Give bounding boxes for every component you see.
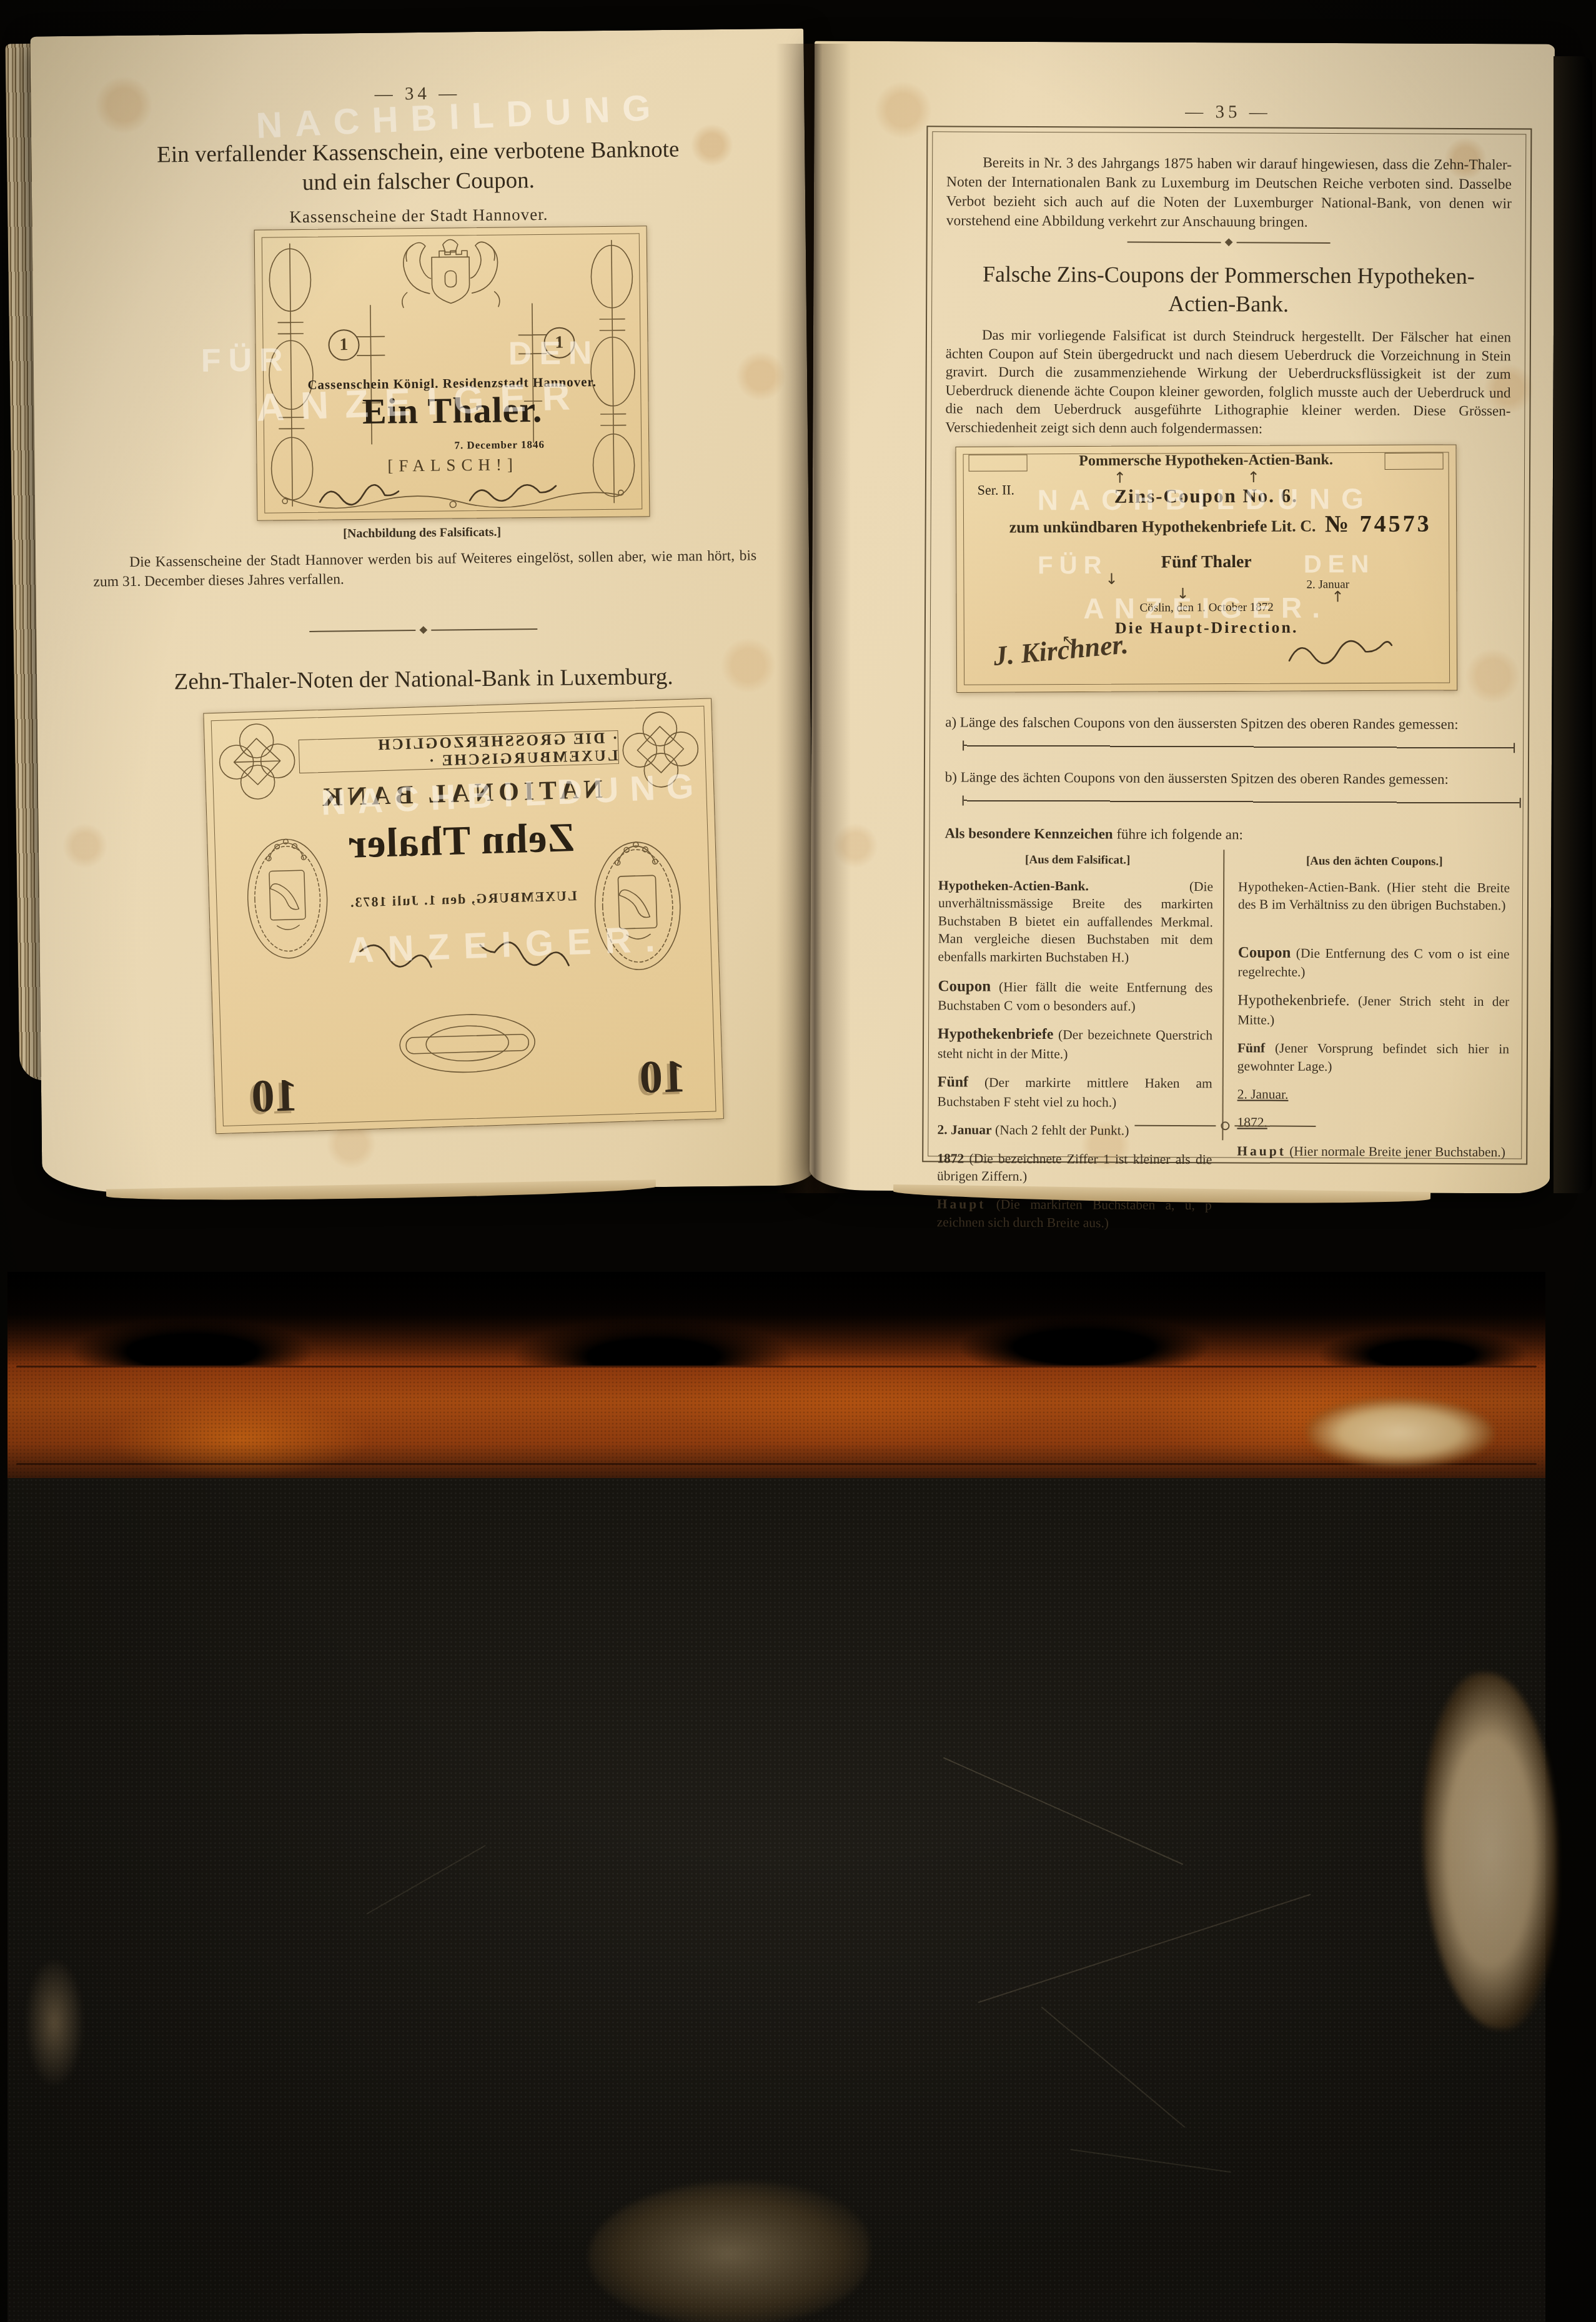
- worn-patch-top-right: [1307, 1398, 1494, 1467]
- list-item: Coupon (Hier fällt die weite Entfernung …: [938, 976, 1212, 1015]
- bank-title-band: · DIE GROSSHERZOGLICH LUXEMBURGISCHE ·: [299, 730, 619, 773]
- measurement-b-label: b) Länge des ächten Coupons von den äuss…: [945, 769, 1449, 788]
- item-term: Fünf: [938, 1074, 968, 1091]
- coupon-section-title-line1: Falsche Zins-Coupons der Pommerschen Hyp…: [927, 259, 1530, 290]
- crowned-arms-left: [579, 805, 695, 988]
- crowned-arms-right: [233, 803, 342, 975]
- divider-ring: [1221, 1121, 1229, 1130]
- left-page: — 34 — Ein verfallender Kassenschein, ei…: [30, 29, 815, 1194]
- page-number-35: — 35 —: [926, 101, 1529, 124]
- item-term: Fünf: [1237, 1041, 1265, 1056]
- divider-line: [309, 630, 415, 632]
- item-term: Coupon: [1238, 944, 1291, 961]
- item-term: Hypotheken-Actien-Bank.: [1238, 879, 1380, 895]
- note-denomination: Ein Thaler.: [256, 387, 648, 434]
- divider-line: [431, 628, 537, 631]
- list-item: Hypothekenbriefe. (Jener Strich steht in…: [1237, 991, 1509, 1030]
- left-page-paragraph: Die Kassenscheine der Stadt Hannover wer…: [93, 546, 757, 592]
- coupon-subtitle: zum unkündbaren Hypothekenbriefe Lit. C.: [981, 517, 1344, 537]
- kennzeichen-intro-rest: führe ich folgende an:: [1113, 826, 1243, 843]
- ein-thaler-note-illustration: 1 1 Cassenschein Königl. Residenzstadt H…: [254, 226, 650, 521]
- coupon-signature-right: [1284, 633, 1422, 675]
- list-item: Hypotheken-Actien-Bank. (Hier steht die …: [1238, 878, 1510, 915]
- corner-value-10-left: 10: [639, 1050, 686, 1104]
- item-desc: (Hier normale Breite jener Buchstaben.): [1286, 1143, 1505, 1159]
- divider-line: [1237, 242, 1331, 244]
- list-item: Coupon (Die Entfernung des C vom o ist e…: [1237, 942, 1509, 981]
- left-page-subtitle: Kassenscheine der Stadt Hannover.: [32, 202, 805, 230]
- bottom-garland-ornament: [279, 487, 627, 518]
- annotation-arrow-down: ↓: [1105, 570, 1118, 588]
- cover-crease-line: [16, 1366, 1537, 1367]
- cover-edge-right: [1554, 56, 1592, 1193]
- item-term: Hypothekenbriefe.: [1237, 993, 1349, 1010]
- coupon-section-title-line2: Actien-Bank.: [927, 288, 1530, 319]
- corner-value-10-right: 10: [250, 1069, 298, 1123]
- annotation-arrow-up: ↑: [1331, 588, 1344, 605]
- divider-line: [1128, 241, 1221, 243]
- coupon-body-text: Das mir vorliegende Falsificat ist durch…: [945, 327, 1511, 436]
- coupon-place-date: Cöslin, den 1. October 1872: [957, 600, 1457, 615]
- coupon-amount: Fünf Thaler: [956, 551, 1456, 573]
- list-item: Hypothekenbriefe (Der bezeichnete Querst…: [938, 1025, 1212, 1064]
- band-text: · DIE GROSSHERZOGLICH LUXEMBURGISCHE ·: [299, 730, 618, 774]
- photo-of-open-book: — 34 — Ein verfallender Kassenschein, ei…: [0, 0, 1596, 2322]
- column-header-falsificat: [Aus dem Falsificat.]: [949, 853, 1206, 868]
- list-item: Haupt (Hier normale Breite jener Buchsta…: [1237, 1142, 1509, 1161]
- item-desc: (Jener Vorsprung befindet sich hier in g…: [1237, 1041, 1509, 1074]
- item-term: 1872: [937, 1151, 964, 1166]
- knot-cartouche: [386, 997, 548, 1089]
- intro-paragraph-text: Bereits in Nr. 3 des Jahrgangs 1875 habe…: [946, 155, 1512, 231]
- divider-dot: [419, 626, 427, 634]
- cover-crease-line: [16, 1463, 1537, 1465]
- kennzeichen-intro-bold: Als besondere Kennzeichen: [944, 825, 1113, 841]
- right-page: — 35 — Bereits in Nr. 3 des Jahrgangs 18…: [810, 41, 1555, 1193]
- coupon-serial-number: № 74573: [1325, 510, 1432, 538]
- item-desc: (Der markirte mittlere Haken am Buchstab…: [938, 1075, 1212, 1110]
- annotation-arrow-down: ↓: [1176, 585, 1189, 602]
- worn-patch-left-edge: [26, 1960, 82, 2085]
- item-term: Haupt: [1237, 1143, 1286, 1158]
- kennzeichen-intro: Als besondere Kennzeichen führe ich folg…: [944, 825, 1242, 843]
- measurement-a-label: a) Länge des falschen Coupons von den äu…: [945, 714, 1458, 733]
- list-item: Fünf (Der markirte mittlere Haken am Buc…: [938, 1073, 1212, 1112]
- book-cover: [7, 1248, 1545, 2322]
- mirrored-note-content: · DIE GROSSHERZOGLICH LUXEMBURGISCHE · N…: [204, 698, 723, 1133]
- coupon-body-paragraph: Das mir vorliegende Falsificat ist durch…: [945, 325, 1511, 439]
- annotation-arrow-up: ↑: [1247, 469, 1260, 486]
- coupon-title: Zins-Coupon No. 6.: [956, 484, 1456, 508]
- content-frame: Bereits in Nr. 3 des Jahrgangs 1875 habe…: [922, 126, 1532, 1164]
- item-term: Hypotheken-Actien-Bank.: [938, 878, 1089, 893]
- left-page-paragraph-text: Die Kassenscheine der Stadt Hannover wer…: [93, 547, 756, 590]
- zehn-thaler-note-illustration: · DIE GROSSHERZOGLICH LUXEMBURGISCHE · N…: [203, 698, 724, 1134]
- divider-dot: [1225, 238, 1233, 246]
- list-item: 1872 (Die bezeichnete Ziffer 1 ist klein…: [937, 1149, 1212, 1186]
- list-item: Fünf (Jener Vorsprung befindet sich hier…: [1237, 1039, 1509, 1076]
- list-item: 2. Januar.: [1237, 1085, 1509, 1104]
- item-term: Coupon: [938, 978, 991, 995]
- item-term: Haupt: [937, 1197, 986, 1212]
- intro-paragraph: Bereits in Nr. 3 des Jahrgangs 1875 habe…: [946, 153, 1512, 233]
- note-caption: [Nachbildung des Falsificats.]: [36, 522, 809, 545]
- cover-top-shadow: [7, 1272, 1545, 1366]
- zins-coupon-illustration: Pommersche Hypotheken-Actien-Bank. Ser. …: [955, 444, 1457, 692]
- section-divider: [36, 623, 810, 637]
- item-term: 2. Januar.: [1237, 1086, 1289, 1101]
- value-one-right: 1: [543, 327, 575, 359]
- falsch-stamp: [FALSCH!]: [257, 454, 648, 477]
- list-item: Hypotheken-Actien-Bank. (Die unverhältni…: [938, 876, 1214, 966]
- annotation-arrow-diagonal: ↖: [1062, 632, 1074, 649]
- coupon-bank-name: Pommersche Hypotheken-Actien-Bank.: [956, 451, 1456, 470]
- divider-line: [1234, 1125, 1316, 1127]
- annotation-arrow-up: ↑: [1114, 469, 1126, 487]
- column-header-echte: [Aus den ächten Coupons.]: [1243, 854, 1505, 869]
- item-term: Hypothekenbriefe: [938, 1026, 1053, 1043]
- luxemburg-section-title: Zehn-Thaler-Noten der National-Bank in L…: [37, 661, 810, 698]
- divider-line: [1134, 1125, 1216, 1127]
- item-desc: (Die bezeichnete Ziffer 1 ist kleiner al…: [937, 1151, 1212, 1184]
- page-number-34: — 34 —: [31, 80, 804, 109]
- note2-signatures: [337, 935, 575, 986]
- value-one-left: 1: [328, 329, 360, 361]
